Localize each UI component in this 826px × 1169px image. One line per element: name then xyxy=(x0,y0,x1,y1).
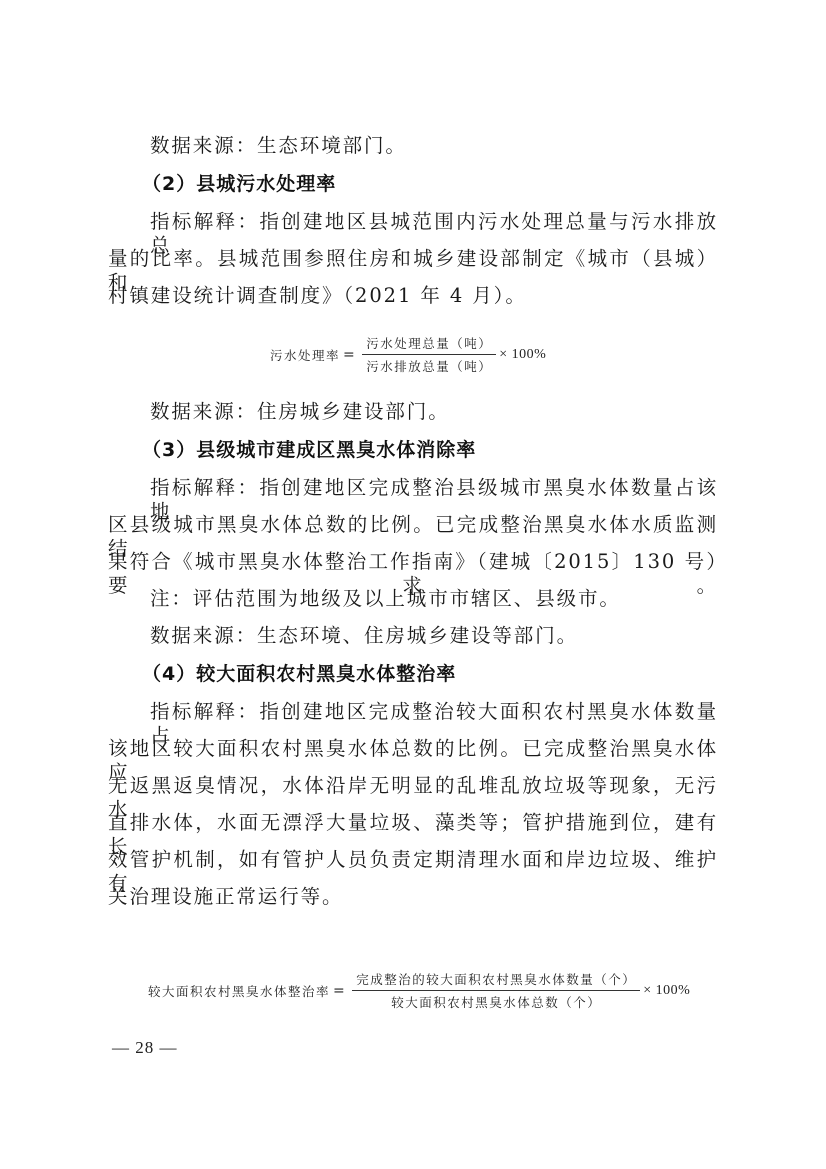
fraction: 污水处理总量（吨）污水排放总量（吨） xyxy=(362,334,496,375)
section-heading: （4）较大面积农村黑臭水体整治率 xyxy=(142,662,456,686)
formula-lhs: 较大面积农村黑臭水体整治率 xyxy=(148,982,330,1000)
denominator: 较大面积农村黑臭水体总数（个） xyxy=(387,991,605,1011)
numerator: 完成整治的较大面积农村黑臭水体数量（个） xyxy=(352,970,640,991)
multiplier: × 100% xyxy=(499,347,546,363)
text-line: 数据来源：生态环境部门。 xyxy=(150,134,407,158)
text-line: 注：评估范围为地级及以上城市市辖区、县级市。 xyxy=(150,587,621,611)
formula-rural-water: 较大面积农村黑臭水体整治率=完成整治的较大面积农村黑臭水体数量（个）较大面积农村… xyxy=(148,970,690,1011)
section-heading: （2）县城污水处理率 xyxy=(142,172,336,196)
denominator: 污水排放总量（吨） xyxy=(362,355,496,375)
text-line: 关治理设施正常运行等。 xyxy=(108,885,343,909)
text-line: 数据来源：住房城乡建设部门。 xyxy=(150,400,450,424)
numerator: 污水处理总量（吨） xyxy=(362,334,496,355)
multiplier: × 100% xyxy=(643,983,690,999)
equals-sign: = xyxy=(343,347,356,363)
formula-lhs: 污水处理率 xyxy=(270,346,340,364)
text-line: 数据来源：生态环境、住房城乡建设等部门。 xyxy=(150,624,578,648)
text-line: 村镇建设统计调查制度》（2021 年 4 月）。 xyxy=(108,284,527,308)
fraction: 完成整治的较大面积农村黑臭水体数量（个）较大面积农村黑臭水体总数（个） xyxy=(352,970,640,1011)
formula-sewage: 污水处理率=污水处理总量（吨）污水排放总量（吨）× 100% xyxy=(270,334,546,375)
equals-sign: = xyxy=(333,983,346,999)
page-number: — 28 — xyxy=(112,1038,178,1058)
section-heading: （3）县级城市建成区黑臭水体消除率 xyxy=(142,438,476,462)
